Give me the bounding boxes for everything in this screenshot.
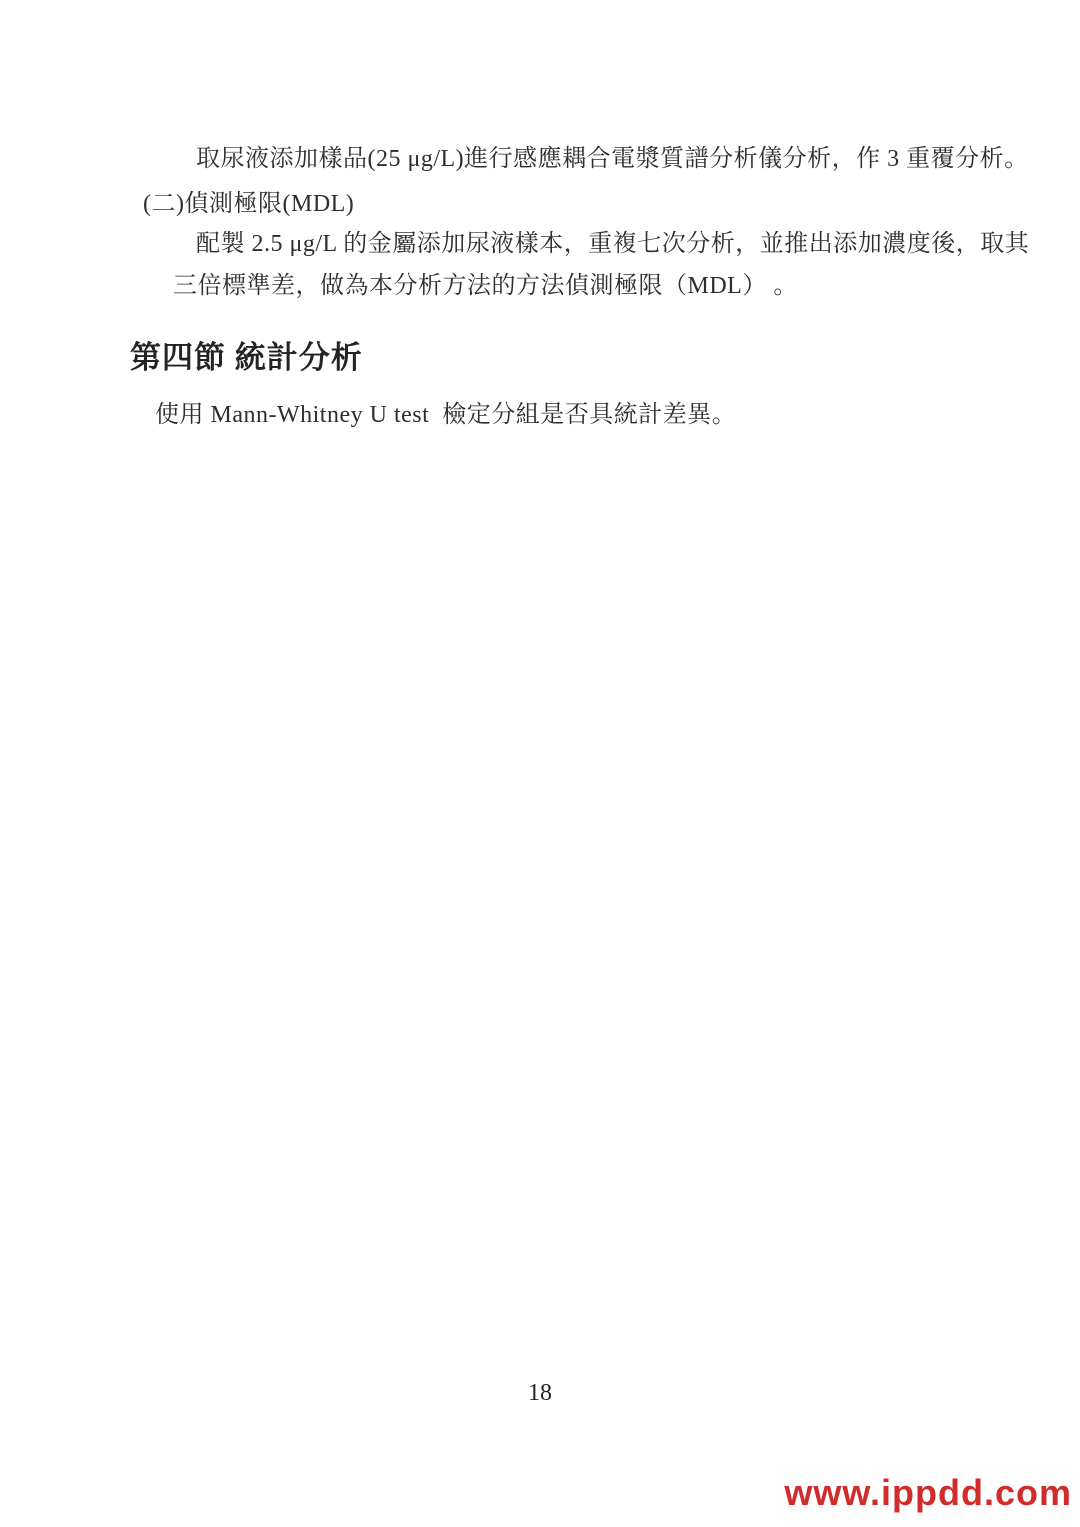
paragraph-line-mdl-preparation: 配製 2.5 μg/L 的金屬添加尿液樣本，重複七次分析，並推出添加濃度後，取其 xyxy=(196,229,1029,260)
section-heading-statistical-analysis: 第四節 統計分析 xyxy=(130,332,363,377)
section-body-mann-whitney: 使用 Mann-Whitney U test 檢定分組是否具統計差異。 xyxy=(155,394,736,429)
document-page: 取尿液添加樣品(25 μg/L)進行感應耦合電漿質譜分析儀分析，作 3 重覆分析… xyxy=(0,0,1080,1527)
paragraph-line-sample-analysis: 取尿液添加樣品(25 μg/L)進行感應耦合電漿質譜分析儀分析，作 3 重覆分析… xyxy=(196,144,1029,175)
subsection-label-mdl: (二)偵測極限(MDL) xyxy=(143,189,354,220)
paragraph-line-mdl-definition: 三倍標準差，做為本分析方法的方法偵測極限（MDL） 。 xyxy=(173,271,798,302)
watermark-text: www.ippdd.com xyxy=(784,1472,1072,1514)
page-number: 18 xyxy=(0,1380,1080,1407)
